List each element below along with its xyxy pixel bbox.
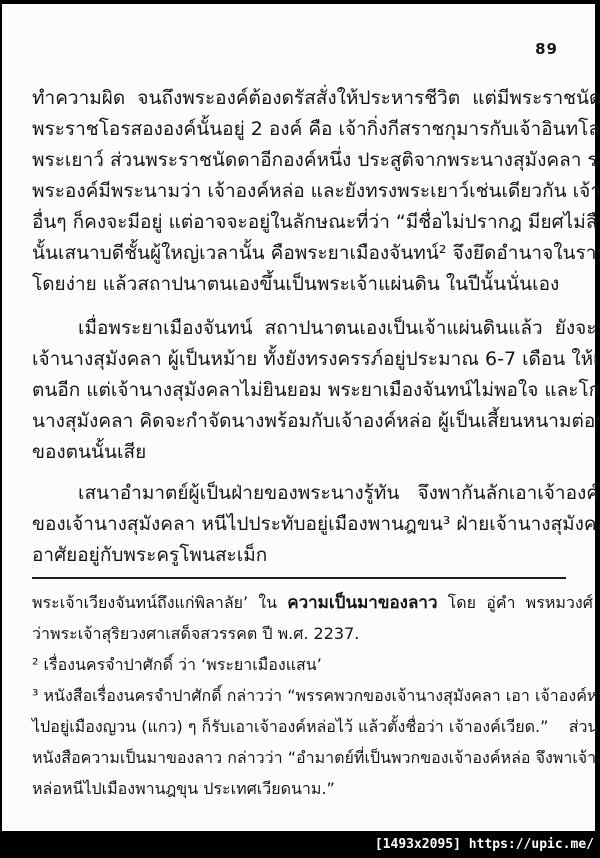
text-line: ตนอีก แต่เจ้านางสุมังคลาไม่ยินยอม พระยาเ… (32, 375, 572, 406)
page-content: ทำความผิด จนถึงพระองค์ต้องดรัสสั่งให้ประ… (32, 83, 572, 804)
paragraph-2: เมื่อพระยาเมืองจันทน์ สถาปนาตนเองเป็นเจ้… (32, 313, 572, 468)
text-line: พระเยาว์ ส่วนพระราชนัดดาอีกองค์หนึ่ง ประ… (32, 145, 572, 176)
text-line: พระองค์มีพระนามว่า เจ้าองค์หล่อ และยังทร… (32, 176, 572, 207)
footnote-line: หนังสือความเป็นมาของลาว กล่าวว่า “อำมาตย… (32, 742, 572, 773)
footnote-line: ไปอยู่เมืองญวน (แกว) ๆ ก็รับเอาเจ้าองค์ห… (32, 711, 572, 742)
scanned-page: 89 ทำความผิด จนถึงพระองค์ต้องดรัสสั่งให้… (0, 0, 600, 858)
text-line: ของตนนั้นเสีย (32, 437, 572, 468)
footnote-line: ² เรื่องนครจำปาศักดิ์ ว่า ‘พระยาเมืองแสน… (32, 649, 572, 680)
scan-border-left (0, 0, 2, 858)
footnote-line: พระเจ้าเวียงจันทน์ถึงแก่พิลาลัย’ ใน ความ… (32, 587, 572, 618)
text-line: ทำความผิด จนถึงพระองค์ต้องดรัสสั่งให้ประ… (32, 83, 572, 114)
paragraph-1: ทำความผิด จนถึงพระองค์ต้องดรัสสั่งให้ประ… (32, 83, 572, 300)
footnote-line: ³ หนังสือเรื่องนครจำปาศักดิ์ กล่าวว่า “พ… (32, 680, 572, 711)
page-number: 89 (535, 40, 558, 58)
text-line: พระราชโอรสององค์นั้นอยู่ 2 องค์ คือ เจ้า… (32, 114, 572, 145)
text-line: โดยง่าย แล้วสถาปนาตนเองขึ้นเป็นพระเจ้าแผ… (32, 269, 572, 300)
text-line: อาศัยอยู่กับพระครูโพนสะเม็ก (32, 540, 572, 571)
text-line: นางสุมังคลา คิดจะกำจัดนางพร้อมกับเจ้าองค… (32, 406, 572, 437)
text-line: ของเจ้านางสุมังคลา หนีไปประทับอยู่เมืองพ… (32, 509, 572, 540)
footnote-divider (32, 577, 566, 579)
text-line: เมื่อพระยาเมืองจันทน์ สถาปนาตนเองเป็นเจ้… (32, 313, 572, 344)
footnote-text: พระเจ้าเวียงจันทน์ถึงแก่พิลาลัย’ ใน (32, 593, 287, 612)
text-line: เจ้านางสุมังคลา ผู้เป็นหม้าย ทั้งยังทรงค… (32, 344, 572, 375)
paragraph-3: เสนาอำมาตย์ผู้เป็นฝ่ายของพระนางรู้ทัน จึ… (32, 478, 572, 571)
footnote-line: ว่าพระเจ้าสุริยวงศาเสด็จสวรรคต ปี พ.ศ. 2… (32, 618, 572, 649)
text-line: นั้นเสนาบดีชั้นผู้ใหญ่เวลานั้น คือพระยาเ… (32, 238, 572, 269)
footnote-line: หล่อหนีไปเมืองพานฎขุน ประเทศเวียดนาม.” (32, 773, 572, 804)
scan-border-top (0, 0, 600, 4)
text-line: เสนาอำมาตย์ผู้เป็นฝ่ายของพระนางรู้ทัน จึ… (32, 478, 572, 509)
footnotes-section: พระเจ้าเวียงจันทน์ถึงแก่พิลาลัย’ ใน ความ… (32, 587, 572, 804)
footnote-text: โดย อู่คำ พรหมวงศ์ (438, 593, 593, 612)
text-line: อื่นๆ ก็คงจะมีอยู่ แต่อาจจะอยู่ในลักษณะท… (32, 207, 572, 238)
watermark-text: [1493x2095] https://upic.me/ (375, 837, 594, 852)
watermark-bar: [1493x2095] https://upic.me/ (0, 831, 600, 858)
book-title: ความเป็นมาของลาว (287, 593, 437, 613)
